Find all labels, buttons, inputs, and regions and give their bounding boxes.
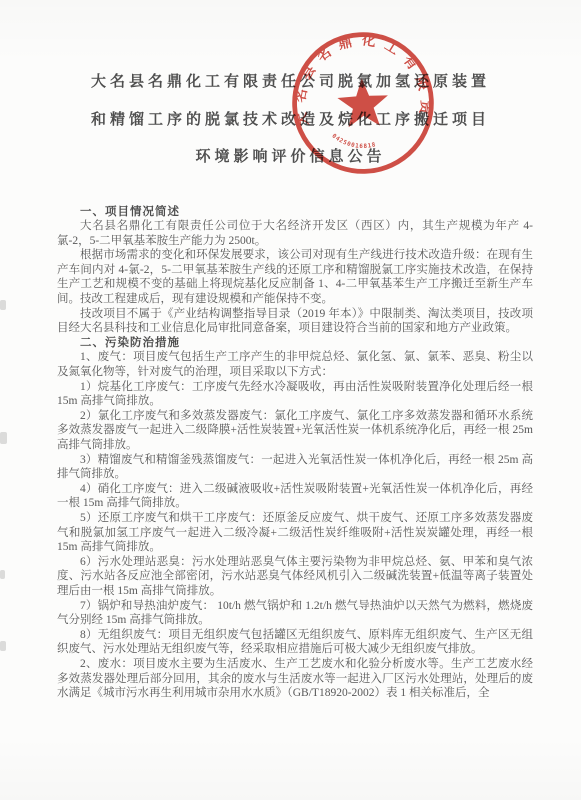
section-2-paragraph-4: 3）精馏废气和精馏釜残蒸馏废气：一起进入光氧活性炭一体机净化后，再经一根 25m… bbox=[57, 453, 533, 482]
scan-smudge bbox=[0, 641, 6, 651]
scan-smudge bbox=[0, 570, 5, 579]
section-1-paragraph-2: 根据市场需求的变化和环保发展要求，该公司对现有生产线进行技术改造升级：在现有生产… bbox=[57, 248, 533, 306]
section-1-paragraph-1: 大名县名鼎化工有限责任公司位于大名经济开发区（西区）内，其生产规模为年产 4-氯… bbox=[57, 219, 533, 248]
document-body: 一、项目情况简述 大名县名鼎化工有限责任公司位于大名经济开发区（西区）内，其生产… bbox=[57, 205, 533, 701]
section-2-paragraph-1: 1、废气：项目废气包括生产工序产生的非甲烷总烃、氯化氢、氯、氯苯、恶臭、粉尘以及… bbox=[57, 350, 533, 379]
section-2-paragraph-10: 2、废水：项目废水主要为生活废水、生产工艺废水和化验分析废水等。生产工艺废水经多… bbox=[57, 657, 533, 701]
scan-smudge bbox=[0, 300, 6, 310]
document-page: 大名县名鼎化工有限责任公司脱氯加氢还原装置 和精馏工序的脱氯技术改造及烷化工序搬… bbox=[0, 0, 581, 800]
section-1-paragraph-3: 技改项目不属于《产业结构调整指导目录（2019 年本）》中限制类、淘汰类项目，技… bbox=[57, 307, 533, 336]
scan-smudge bbox=[0, 432, 7, 444]
section-2-paragraph-9: 8）无组织废气：项目无组织废气包括罐区无组织废气、原料库无组织废气、生产区无组织… bbox=[57, 628, 533, 657]
section-2-paragraph-5: 4）硝化工序废气：进入二级碱液吸收+活性炭吸附装置+光氧活性炭一体机净化后，再经… bbox=[57, 482, 533, 511]
section-2-paragraph-7: 6）污水处理站恶臭：污水处理站恶臭气体主要污染物为非甲烷总烃、氨、甲苯和臭气浓度… bbox=[57, 555, 533, 599]
section-2-paragraph-2: 1）烷基化工序废气：工序废气先经水冷凝吸收，再由活性炭吸附装置净化处理后经一根 … bbox=[57, 380, 533, 409]
section-2-paragraph-6: 5）还原工序废气和烘干工序废气：还原釜反应废气、烘干废气、还原工序多效蒸发器废气… bbox=[57, 511, 533, 555]
section-2-paragraph-3: 2）氯化工序废气和多效蒸发器废气：氯化工序废气、氯化工序多效蒸发器和循环水系统多… bbox=[57, 409, 533, 453]
section-2-heading: 二、污染防治措施 bbox=[57, 336, 533, 351]
company-seal: 大名县名鼎化工有限责任公司 04250016818 bbox=[283, 23, 443, 183]
seal-serial-number: 04250016818 bbox=[330, 131, 377, 152]
seal-star-icon bbox=[336, 77, 389, 128]
section-2-paragraph-8: 7）锅炉和导热油炉废气： 10t/h 燃气锅炉和 1.2t/h 燃气导热油炉以天… bbox=[57, 599, 533, 628]
section-1-heading: 一、项目情况简述 bbox=[57, 205, 533, 220]
